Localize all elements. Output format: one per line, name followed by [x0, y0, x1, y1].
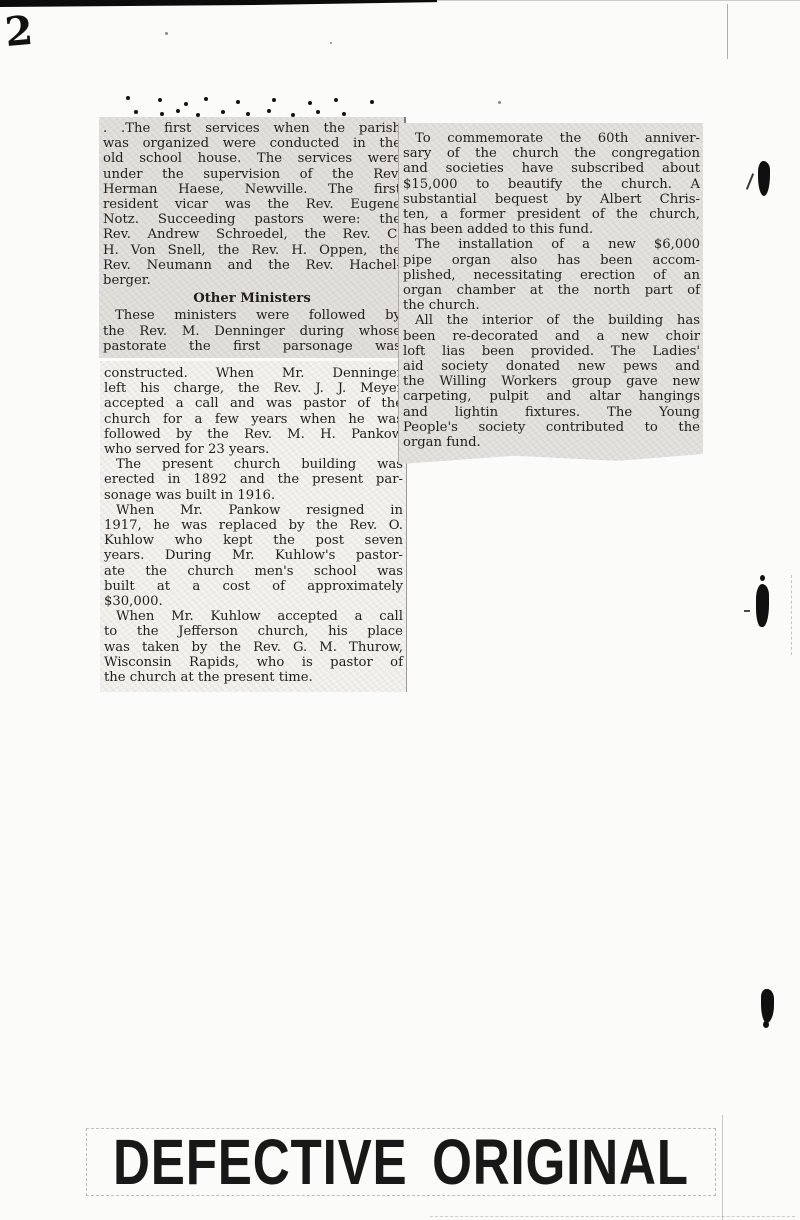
article-heading: Other Ministers	[103, 291, 401, 306]
text-line: When Mr. Pankow resigned in	[104, 503, 403, 518]
ink-blob-artifact	[761, 989, 774, 1023]
text-line: Notz. Succeeding pastors were: the	[103, 212, 401, 227]
text-line: constructed. When Mr. Denninger	[104, 366, 403, 381]
text-line: Herman Haese, Newville. The first	[103, 182, 401, 197]
text-line: 1917, he was replaced by the Rev. O.	[104, 518, 403, 533]
text-line: sary of the church the congregation	[403, 146, 700, 161]
text-line: was taken by the Rev. G. M. Thurow,	[104, 640, 403, 655]
article-paragraph: When Mr. Kuhlow accepted a callto the Je…	[104, 609, 403, 685]
text-line: carpeting, pulpit and altar hangings	[403, 389, 700, 404]
speck-artifact	[330, 42, 332, 44]
text-line: and societies have subscribed about	[403, 161, 700, 176]
text-line: When Mr. Kuhlow accepted a call	[104, 609, 403, 624]
text-line: To commemorate the 60th anniver-	[403, 131, 700, 146]
text-line: All the interior of the building has	[403, 313, 700, 328]
text-line: the church.	[403, 298, 700, 313]
article-paragraph: The present church building waserected i…	[104, 457, 403, 503]
speck-artifact	[498, 101, 501, 104]
article-paragraph: . .The first services when the parishwas…	[103, 121, 401, 288]
speck-artifact	[165, 32, 168, 35]
text-line: the Rev. M. Denninger during whose	[103, 324, 401, 339]
text-line: and lightin fixtures. The Young	[403, 405, 700, 420]
text-line: years. During Mr. Kuhlow's pastor-	[104, 548, 403, 563]
article-paragraph: The installation of a new $6,000pipe org…	[403, 237, 700, 313]
scan-line-artifact	[722, 1115, 723, 1220]
text-line: erected in 1892 and the present par-	[104, 472, 403, 487]
clipping-left-top: . .The first services when the parishwas…	[99, 117, 406, 358]
text-line: organ chamber at the north part of	[403, 283, 700, 298]
text-line: ate the church men's school was	[104, 564, 403, 579]
article-paragraph: constructed. When Mr. Denningerleft his …	[104, 366, 403, 457]
text-line: Rev. Andrew Schroedel, the Rev. C.	[103, 227, 401, 242]
text-line: plished, necessitating erection of an	[403, 268, 700, 283]
text-line: Rev. Neumann and the Rev. Hachel-	[103, 258, 401, 273]
article-paragraph: When Mr. Pankow resigned in1917, he was …	[104, 503, 403, 609]
text-line: aid society donated new pews and	[403, 359, 700, 374]
text-line: been re-decorated and a new choir	[403, 329, 700, 344]
text-line: sonage was built in 1916.	[104, 488, 403, 503]
text-line: the Willing Workers group gave new	[403, 374, 700, 389]
text-line: Kuhlow who kept the post seven	[104, 533, 403, 548]
ink-blob-artifact	[758, 161, 770, 196]
text-line: left his charge, the Rev. J. J. Meyer	[104, 381, 403, 396]
text-line: The present church building was	[104, 457, 403, 472]
handwritten-page-number: 2	[3, 7, 35, 56]
text-line: Wisconsin Rapids, who is pastor of	[104, 655, 403, 670]
text-line: accepted a call and was pastor of the	[104, 396, 403, 411]
text-line: ten, a former president of the church,	[403, 207, 700, 222]
text-line: has been added to this fund.	[403, 222, 700, 237]
article-paragraph: To commemorate the 60th anniver-sary of …	[403, 131, 700, 237]
scan-edge-bar	[0, 0, 437, 7]
text-line: the church at the present time.	[104, 670, 403, 685]
ink-blob-artifact	[756, 584, 769, 627]
text-line: $15,000 to beautify the church. A	[403, 177, 700, 192]
ink-dots-artifact	[126, 96, 130, 100]
text-line: old school house. The services were	[103, 151, 401, 166]
article-paragraph: These ministers were followed bythe Rev.…	[103, 308, 401, 354]
text-line: berger.	[103, 273, 401, 288]
text-line: organ fund.	[403, 435, 700, 450]
defective-original-stamp: DEFECTIVE ORIGINAL	[86, 1128, 716, 1196]
scan-line-artifact	[430, 1216, 795, 1217]
clipping-right-column: To commemorate the 60th anniver-sary of …	[398, 123, 703, 464]
text-line: $30,000.	[104, 594, 403, 609]
text-line: built at a cost of approximately	[104, 579, 403, 594]
text-line: These ministers were followed by	[103, 308, 401, 323]
text-line: People's society contributed to the	[403, 420, 700, 435]
scan-line-artifact	[791, 575, 792, 655]
scanned-document-page: { "page": { "number": "2", "stamp": "DEF…	[0, 0, 800, 1220]
text-line: under the supervision of the Rev.	[103, 167, 401, 182]
text-line: H. Von Snell, the Rev. H. Oppen, the	[103, 243, 401, 258]
text-line: resident vicar was the Rev. Eugene	[103, 197, 401, 212]
scan-line-artifact	[727, 4, 728, 59]
text-line: followed by the Rev. M. H. Pankow	[104, 427, 403, 442]
text-line: pastorate the first parsonage was	[103, 339, 401, 354]
text-line: church for a few years when he was	[104, 412, 403, 427]
clipping-left-bottom: constructed. When Mr. Denningerleft his …	[100, 361, 407, 692]
text-line: substantial bequest by Albert Chris-	[403, 192, 700, 207]
text-line: The installation of a new $6,000	[403, 237, 700, 252]
text-line: Other Ministers	[103, 291, 401, 306]
text-line: who served for 23 years.	[104, 442, 403, 457]
text-line: was organized were conducted in the	[103, 136, 401, 151]
article-paragraph: All the interior of the building hasbeen…	[403, 313, 700, 450]
stamp-text: DEFECTIVE ORIGINAL	[113, 1130, 689, 1194]
text-line: . .The first services when the parish	[103, 121, 401, 136]
text-line: to the Jefferson church, his place	[104, 624, 403, 639]
text-line: loft lias been provided. The Ladies'	[403, 344, 700, 359]
text-line: pipe organ also has been accom-	[403, 253, 700, 268]
